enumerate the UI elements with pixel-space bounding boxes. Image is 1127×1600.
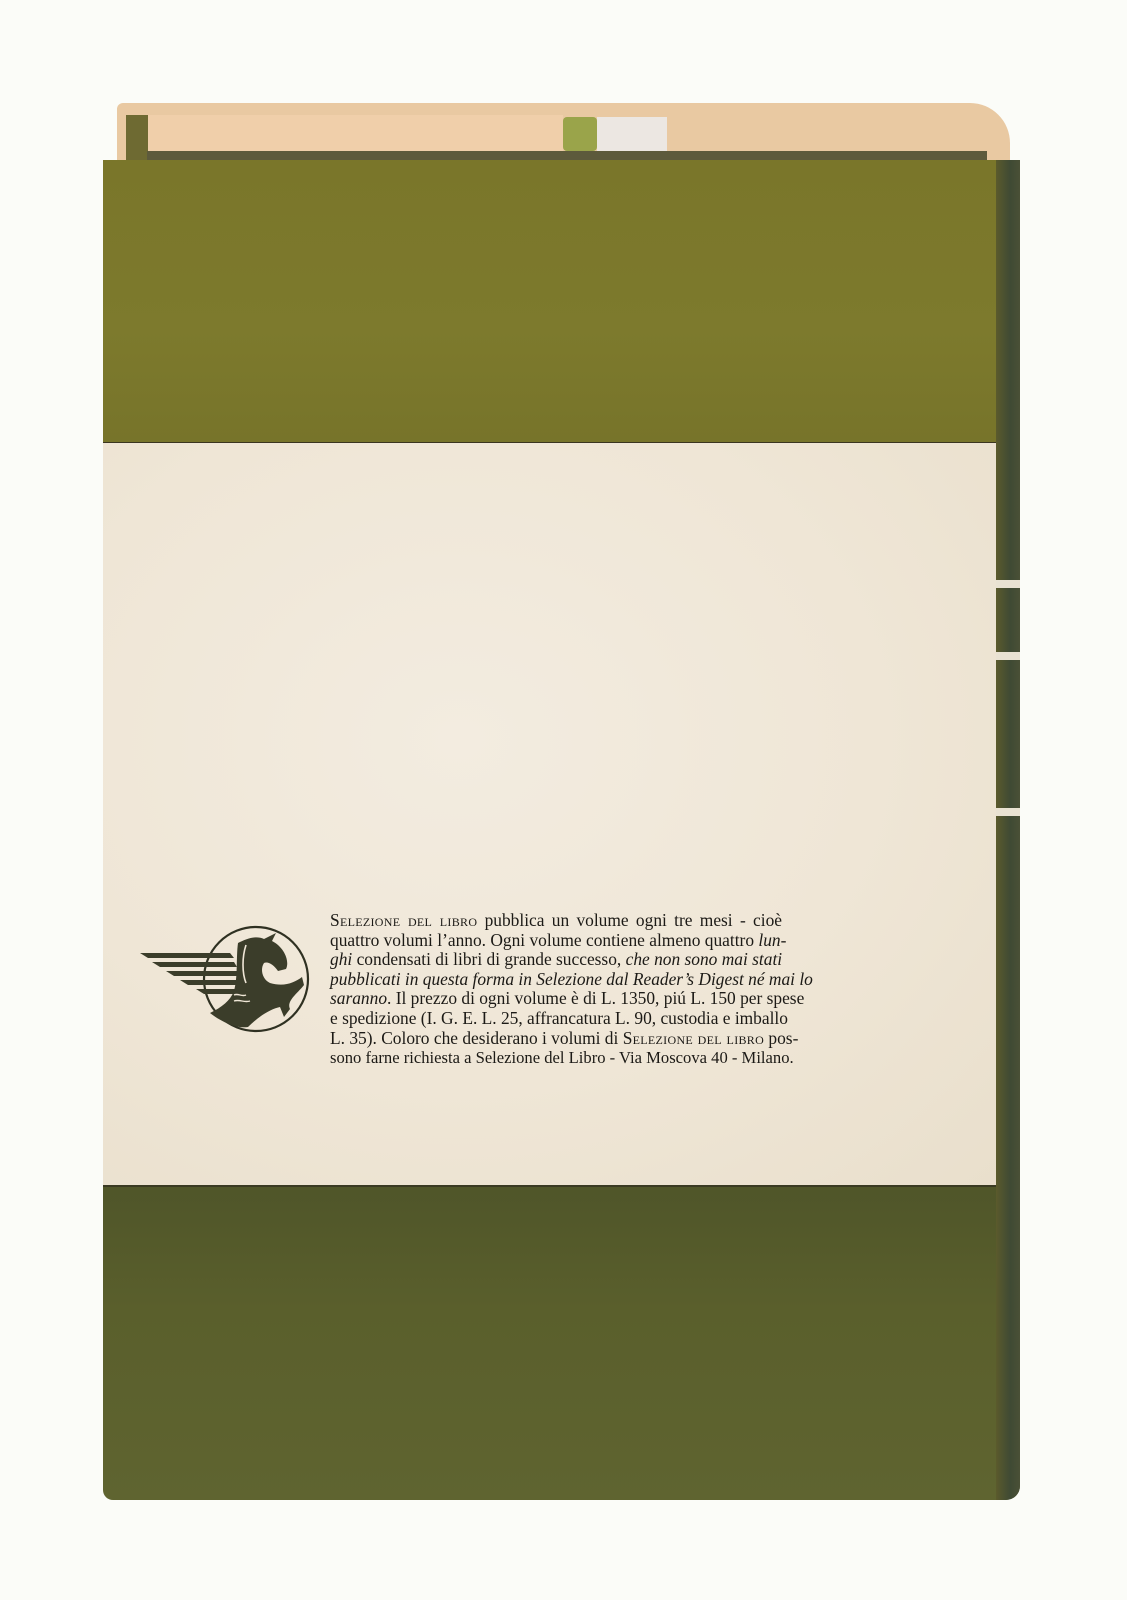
book-back-cover: Selezione del libro pubblica un volume o… <box>0 0 1127 1600</box>
winged-horse-pegasus-logo <box>138 917 316 1037</box>
colophon-text-segment: . Il prezzo di ogni volume è di L. 1350,… <box>387 988 804 1008</box>
paper-wraparound-band: Selezione del libro pubblica un volume o… <box>103 442 996 1187</box>
colophon-text-segment: saranno <box>330 988 387 1008</box>
upper-green-panel <box>103 160 1020 442</box>
colophon-line: L. 35). Coloro che desiderano i volumi d… <box>330 1029 782 1049</box>
publisher-name: Selezione del libro <box>623 1028 764 1048</box>
colophon-line: quattro volumi l’anno. Ogni volume conti… <box>330 931 782 951</box>
spine-edge <box>996 160 1020 1500</box>
colophon-line: saranno. Il prezzo di ogni volume è di L… <box>330 989 782 1009</box>
spine-band-mark <box>996 580 1020 588</box>
colophon: Selezione del libro pubblica un volume o… <box>138 911 958 1096</box>
colophon-paragraph: Selezione del libro pubblica un volume o… <box>330 911 782 1068</box>
colophon-line: pubblicati in questa forma in Selezione … <box>330 970 782 990</box>
colophon-line: ghi condensati di libri di grande succes… <box>330 950 782 970</box>
colophon-text-segment: ghi <box>330 949 352 969</box>
page-block-edge <box>148 115 563 152</box>
colophon-line: e spedizione (I. G. E. L. 25, affrancatu… <box>330 1009 782 1029</box>
colophon-text-segment: pubblica un volume ogni tre mesi - cioè <box>477 910 782 930</box>
colophon-text-segment: sono farne richiesta a Selezione del Lib… <box>330 1048 794 1067</box>
colophon-text-segment: e spedizione (I. G. E. L. 25, affrancatu… <box>330 1008 788 1028</box>
colophon-text-segment: pubblicati in questa forma in Selezione … <box>330 969 813 989</box>
colophon-text-segment: che non sono mai stati <box>626 949 783 969</box>
publisher-name: Selezione del libro <box>330 910 477 930</box>
torn-jacket-fragment <box>563 117 597 151</box>
colophon-text-segment: lun- <box>758 930 786 950</box>
dust-jacket: Selezione del libro pubblica un volume o… <box>103 160 1020 1500</box>
colophon-text-segment: pos- <box>764 1028 798 1048</box>
spine-band-mark <box>996 652 1020 660</box>
colophon-line: Selezione del libro pubblica un volume o… <box>330 911 782 931</box>
colophon-text-segment: quattro volumi l’anno. Ogni volume conti… <box>330 930 758 950</box>
colophon-line: sono farne richiesta a Selezione del Lib… <box>330 1048 782 1068</box>
endpaper-edge <box>597 117 667 151</box>
colophon-text-segment: L. 35). Coloro che desiderano i volumi d… <box>330 1028 623 1048</box>
colophon-text-segment: condensati di libri di grande successo, <box>352 949 625 969</box>
lower-green-panel <box>103 1182 1020 1500</box>
spine-band-mark <box>996 808 1020 816</box>
